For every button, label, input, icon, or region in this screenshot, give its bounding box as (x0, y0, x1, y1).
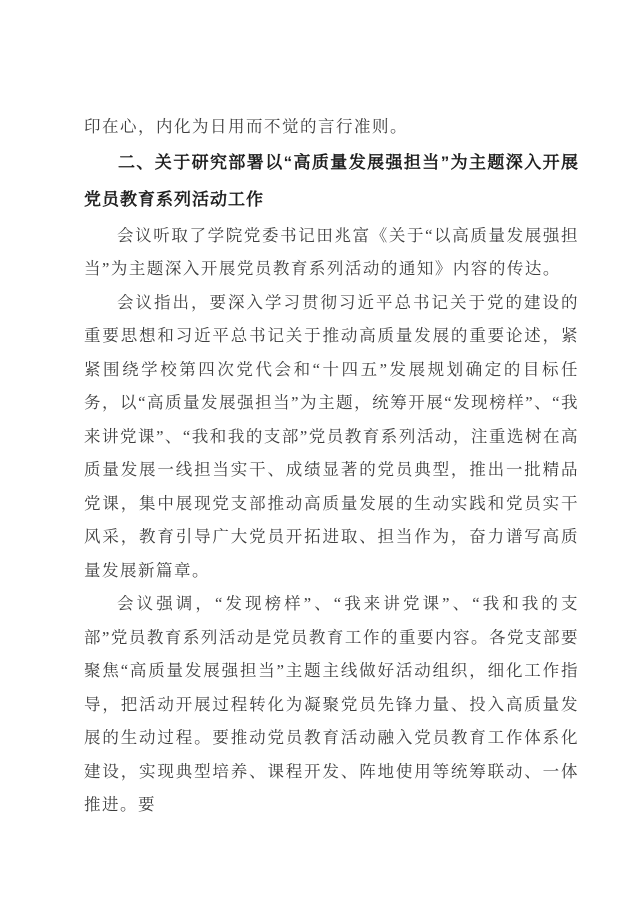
section-heading: 二、关于研究部署以“高质量发展强担当”为主题深入开展党员教育系列活动工作 (84, 144, 579, 219)
paragraph-meeting-emphasized: 会议强调，“发现榜样”、“我来讲党课”、“我和我的支部”党员教育系列活动是党员教… (84, 587, 579, 822)
paragraph-continuation: 印在心，内化为日用而不觉的言行准则。 (84, 110, 579, 144)
paragraph-notice-relay: 会议听取了学院党委书记田兆富《关于“以高质量发展强担当”为主题深入开展党员教育系… (84, 219, 579, 286)
document-body: 印在心，内化为日用而不觉的言行准则。 二、关于研究部署以“高质量发展强担当”为主… (84, 110, 579, 822)
document-page: 印在心，内化为日用而不觉的言行准则。 二、关于研究部署以“高质量发展强担当”为主… (0, 0, 639, 905)
paragraph-meeting-pointed-out: 会议指出，要深入学习贯彻习近平总书记关于党的建设的重要思想和习近平总书记关于推动… (84, 286, 579, 588)
